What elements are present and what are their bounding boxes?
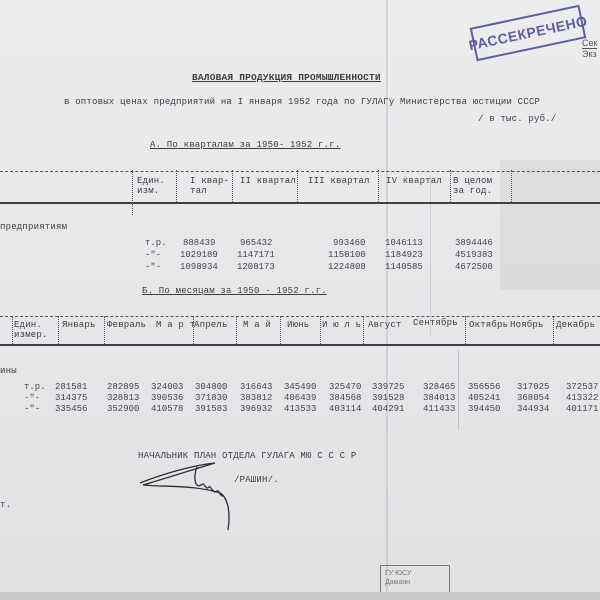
col-header-sep: Сентябрь <box>413 318 458 328</box>
cell-jul: 403114 <box>329 404 361 414</box>
scan-edge <box>0 592 600 600</box>
cell-unit: -"- <box>24 404 40 414</box>
secrecy-mark-top: Сек <box>582 38 597 49</box>
cell-q2: 965432 <box>240 238 272 248</box>
col-header-unit: Един. измер. <box>14 320 52 340</box>
document-title: ВАЛОВАЯ ПРОДУКЦИЯ ПРОМЫШЛЕННОСТИ <box>192 72 381 83</box>
registration-stamp: ГУ ЮСУ Дамаян <box>380 565 450 595</box>
table-b-top-rule <box>0 316 600 317</box>
fold-line <box>430 175 431 335</box>
cell-unit: -"- <box>145 250 161 260</box>
cell-unit: т.р. <box>145 238 167 248</box>
col-header-mar: М а р т <box>156 320 195 330</box>
row-label: предприятиям <box>0 222 67 232</box>
column-divider <box>236 316 237 344</box>
cell-unit: -"- <box>145 262 161 272</box>
column-divider <box>176 170 177 202</box>
cell-sep: 384013 <box>423 393 455 403</box>
cell-year: 4672500 <box>455 262 493 272</box>
table-b-header-rule <box>0 344 600 346</box>
column-divider <box>511 170 512 204</box>
cell-dec: 413322 <box>566 393 598 403</box>
col-header-feb: Февраль <box>107 320 146 330</box>
handwritten-signature <box>135 455 245 535</box>
cell-jun: 413533 <box>284 404 316 414</box>
column-divider <box>553 316 554 344</box>
cell-jan: 314375 <box>55 393 87 403</box>
cell-dec: 401171 <box>566 404 598 414</box>
cell-year: 4519383 <box>455 250 493 260</box>
declassified-stamp: РАССЕКРЕЧЕНО <box>470 5 587 62</box>
column-divider <box>132 170 133 215</box>
column-divider <box>280 316 281 344</box>
cell-q2: 1147171 <box>237 250 275 260</box>
left-margin-mark: т. <box>0 500 11 510</box>
cell-apr: 304800 <box>195 382 227 392</box>
declassified-stamp-text: РАССЕКРЕЧЕНО <box>467 13 589 54</box>
table-a-header-rule <box>0 202 600 204</box>
col-header-apr: Апрель <box>194 320 228 330</box>
col-header-q1: I квар- тал <box>190 176 230 196</box>
units-note: / в тыс. руб./ <box>478 114 556 124</box>
col-header-q2: II квартал <box>240 176 296 186</box>
column-divider <box>320 316 321 344</box>
cell-unit: т.р. <box>24 382 46 392</box>
col-header-jul: И ю л ь <box>322 320 361 330</box>
cell-q1: 888439 <box>183 238 215 248</box>
registration-stamp-line1: ГУ ЮСУ <box>385 569 445 578</box>
cell-jun: 406439 <box>284 393 316 403</box>
column-divider <box>297 170 298 204</box>
secrecy-mark: Сек Экз <box>582 38 597 59</box>
fold-line <box>386 0 388 600</box>
column-divider <box>378 170 379 204</box>
cell-q4: 1184923 <box>385 250 423 260</box>
cell-q1: 1029189 <box>180 250 218 260</box>
column-divider <box>58 316 59 344</box>
cell-jul: 384568 <box>329 393 361 403</box>
cell-may: 383812 <box>240 393 272 403</box>
cell-q1: 1098934 <box>180 262 218 272</box>
section-b-title: Б. По месяцам за 1950 - 1952 г.г. <box>142 286 327 296</box>
column-divider <box>104 316 105 344</box>
col-header-q3: III квартал <box>308 176 370 186</box>
cell-may: 396932 <box>240 404 272 414</box>
cell-nov: 368054 <box>517 393 549 403</box>
column-divider <box>193 316 194 344</box>
cell-jan: 335456 <box>55 404 87 414</box>
registration-stamp-line2: Дамаян <box>385 578 445 587</box>
column-divider <box>450 170 451 204</box>
cell-sep: 328465 <box>423 382 455 392</box>
cell-sep: 411433 <box>423 404 455 414</box>
col-header-q4: IV квартал <box>386 176 442 186</box>
cell-q4: 1140585 <box>385 262 423 272</box>
cell-oct: 405241 <box>468 393 500 403</box>
scan-shadow <box>500 160 600 290</box>
cell-apr: 371830 <box>195 393 227 403</box>
col-header-may: М а й <box>243 320 271 330</box>
cell-feb: 328813 <box>107 393 139 403</box>
col-header-jun: Июнь <box>287 320 309 330</box>
cell-unit: -"- <box>24 393 40 403</box>
cell-q3: 1224808 <box>328 262 366 272</box>
cell-aug: 391528 <box>372 393 404 403</box>
document-subtitle: в оптовых ценах предприятий на I января … <box>64 97 540 107</box>
column-divider <box>232 170 233 204</box>
fold-line <box>458 350 459 430</box>
scanned-document-page: РАССЕКРЕЧЕНО Сек Экз ВАЛОВАЯ ПРОДУКЦИЯ П… <box>0 0 600 600</box>
section-a-title: А. По кварталам за 1950- 1952 г.г. <box>150 140 340 150</box>
cell-nov: 317025 <box>517 382 549 392</box>
cell-jul: 325470 <box>329 382 361 392</box>
cell-may: 316643 <box>240 382 272 392</box>
cell-oct: 394450 <box>468 404 500 414</box>
cell-dec: 372537 <box>566 382 598 392</box>
cell-apr: 391583 <box>195 404 227 414</box>
cell-q2: 1208173 <box>237 262 275 272</box>
cell-q3: 1158100 <box>328 250 366 260</box>
col-header-year: В целом за год. <box>453 176 503 196</box>
cell-feb: 352900 <box>107 404 139 414</box>
cell-q4: 1046113 <box>385 238 423 248</box>
row-label: ины <box>0 366 17 376</box>
cell-aug: 339725 <box>372 382 404 392</box>
cell-q3: 993460 <box>333 238 365 248</box>
cell-aug: 404291 <box>372 404 404 414</box>
cell-mar: 324003 <box>151 382 183 392</box>
cell-mar: 410578 <box>151 404 183 414</box>
col-header-dec: Декабрь <box>556 320 595 330</box>
column-divider <box>363 316 364 344</box>
cell-feb: 282895 <box>107 382 139 392</box>
table-a-top-rule <box>0 171 600 172</box>
column-divider <box>465 316 466 344</box>
column-divider <box>12 316 13 344</box>
cell-year: 3894446 <box>455 238 493 248</box>
cell-mar: 390536 <box>151 393 183 403</box>
col-header-jan: Январь <box>62 320 96 330</box>
col-header-aug: Август <box>368 320 402 330</box>
col-header-unit: Един. изм. <box>137 176 175 196</box>
col-header-nov: Ноябрь <box>510 320 544 330</box>
secrecy-mark-bottom: Экз <box>582 49 597 59</box>
cell-oct: 356556 <box>468 382 500 392</box>
cell-jun: 345490 <box>284 382 316 392</box>
col-header-oct: Октябрь <box>469 320 508 330</box>
cell-jan: 281581 <box>55 382 87 392</box>
cell-nov: 344934 <box>517 404 549 414</box>
